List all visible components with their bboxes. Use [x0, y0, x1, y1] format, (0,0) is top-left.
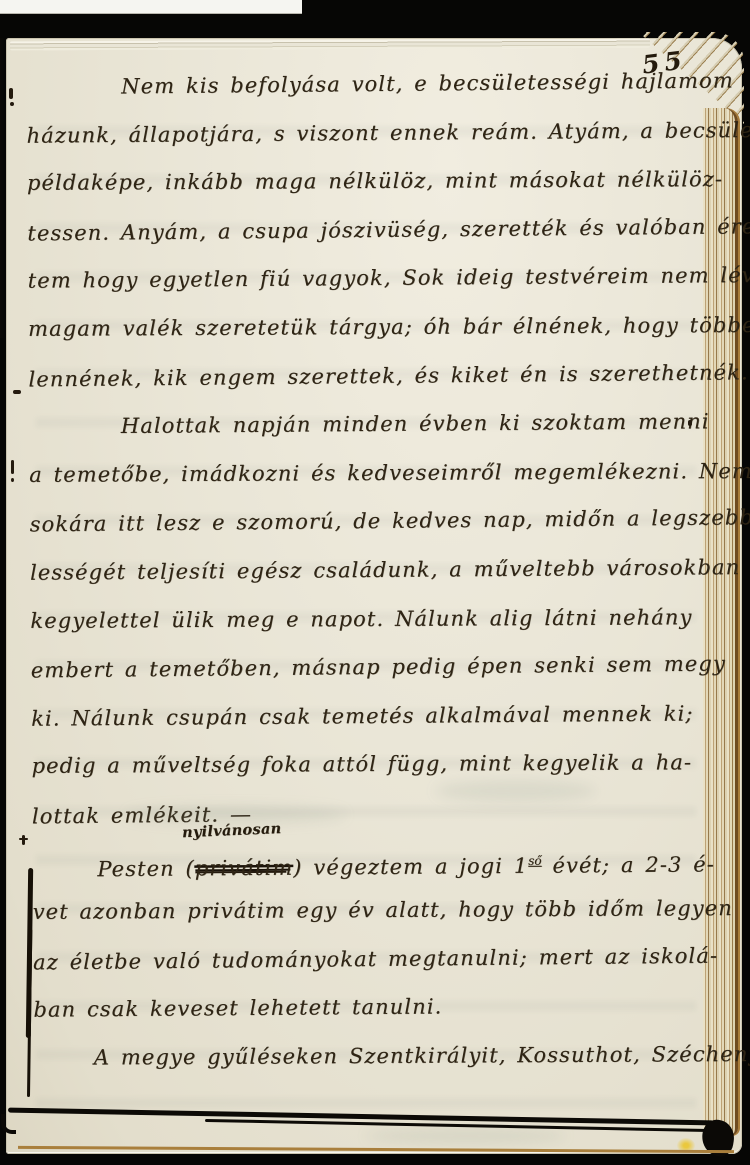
stacked-page-top-edges	[10, 39, 650, 51]
manuscript-line: tem hogy egyetlen fiú vagyok, Sok ideig …	[28, 252, 718, 306]
manuscript-line: lennének, kik engem szerettek, és kiket …	[28, 348, 718, 403]
struck-out-word: privátim	[195, 855, 294, 880]
ink-speck	[11, 478, 14, 482]
ink-smudge	[436, 780, 596, 802]
ink-speck	[11, 460, 14, 474]
manuscript-line: a temetőbe, imádkozni és kedveseimről me…	[29, 447, 719, 499]
line-text: évét; a 2-3 é-	[542, 852, 715, 877]
manuscript-line: vet azonban privátim egy év alatt, hogy …	[33, 884, 723, 936]
manuscript-line: házunk, állapotjára, s viszont ennek reá…	[26, 106, 716, 160]
ink-speck	[10, 102, 14, 106]
ordinal-suffix: ső	[528, 853, 542, 867]
manuscript-line: ki. Nálunk csupán csak temetés alkalmáva…	[31, 689, 721, 743]
line-text: Pesten (	[97, 856, 195, 881]
manuscript-line: A megye gyűléseken Szentkirályit, Kossut…	[34, 1030, 724, 1082]
manuscript-line: magam valék szeretetük tárgya; óh bár él…	[28, 301, 718, 353]
manuscript-line-with-correction: nyilvánosanPesten (privátim) végeztem a …	[32, 835, 722, 889]
handwritten-text-block: Nem kis befolyása volt, e becsületességi…	[26, 57, 724, 1083]
line-text: ) végeztem a jogi 1	[293, 853, 528, 879]
scan-background-strip	[0, 0, 302, 14]
manuscript-line: Halottak napján minden évben ki szoktam …	[29, 397, 719, 451]
ink-speck	[9, 88, 13, 99]
manuscript-page: Nem kis befolyása volt, e becsületességi…	[6, 38, 742, 1154]
manuscript-line: az életbe való tudományokat megtanulni; …	[33, 931, 723, 986]
manuscript-line: embert a temetőben, másnap pedig épen se…	[31, 640, 721, 695]
page-number: 55	[640, 45, 688, 79]
manuscript-line: tessen. Anyám, a csupa jószivüség, szere…	[27, 202, 717, 257]
page-left-shadow	[0, 38, 5, 338]
manuscript-line: sokára itt lesz e szomorú, de kedves nap…	[29, 494, 719, 549]
ink-speck	[22, 835, 25, 845]
bottom-ink-hook	[1, 1114, 16, 1134]
ink-speck	[688, 420, 692, 426]
ink-smudge	[126, 806, 346, 824]
manuscript-line: példaképe, inkább maga nélkülöz, mint má…	[27, 155, 717, 207]
manuscript-line: ban csak keveset lehetett tanulni.	[33, 981, 723, 1035]
ink-speck	[13, 390, 21, 394]
scanned-manuscript: { "colors":{ "background":"#060605", "pa…	[0, 0, 750, 1165]
manuscript-line: pedig a műveltség foka attól függ, mint …	[31, 738, 721, 790]
inserted-correction-word: nyilvánosan	[182, 822, 282, 840]
ink-smudge	[366, 1128, 566, 1144]
ink-speck	[19, 838, 28, 840]
manuscript-line: kegyelettel ülik meg e napot. Nálunk ali…	[30, 593, 720, 645]
manuscript-line: Nem kis befolyása volt, e becsületességi…	[26, 57, 716, 112]
manuscript-line: lességét teljesíti egész családunk, a mű…	[30, 543, 720, 597]
